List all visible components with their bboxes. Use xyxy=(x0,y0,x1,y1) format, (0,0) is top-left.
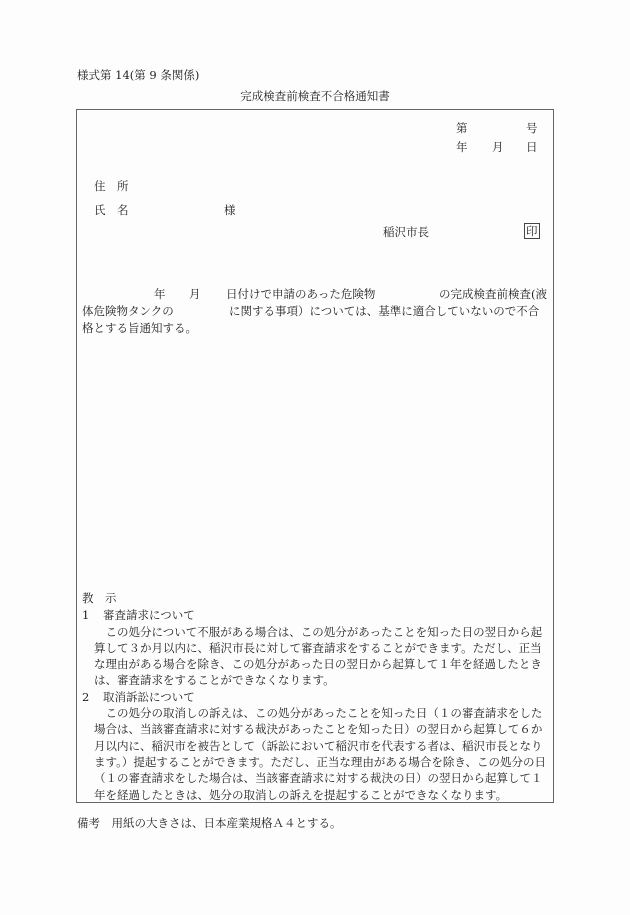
section-1-number: 1 xyxy=(82,608,89,622)
date-day: 日 xyxy=(526,139,538,155)
section-2-text: この処分の取消しの訴えは、この処分があったことを知った日（１の審査請求をした場合… xyxy=(82,705,552,803)
number-suffix: 号 xyxy=(526,120,538,136)
date-month: 月 xyxy=(492,139,504,155)
date-year: 年 xyxy=(456,139,468,155)
body-text-2-head: 体危険物タンクの xyxy=(82,303,174,319)
form-number-label: 様式第 14(第 9 条関係) xyxy=(77,67,199,83)
section-2-number: 2 xyxy=(82,690,89,704)
body-text-3: 格とする旨通知する。 xyxy=(82,320,197,336)
body-text-1-tail: の完成検査前検査(液 xyxy=(439,286,547,302)
number-prefix: 第 xyxy=(456,120,468,136)
name-label: 氏 名 xyxy=(94,202,129,218)
body-month: 月 xyxy=(189,286,201,302)
instructions-section: 教 示 1 審査請求について この処分について不服がある場合は、この処分があった… xyxy=(82,590,552,803)
body-text-1: 日付けで申請のあった危険物 xyxy=(226,286,375,302)
address-label: 住 所 xyxy=(94,178,129,194)
body-year: 年 xyxy=(154,286,166,302)
section-2-title: 取消訴訟について xyxy=(93,690,195,704)
issuer-title: 稲沢市長 xyxy=(383,224,429,240)
honorific: 様 xyxy=(224,202,236,218)
section-1-title: 審査請求について xyxy=(93,608,195,622)
instructions-heading: 教 示 xyxy=(82,590,552,606)
footer-note: 備考 用紙の大きさは、日本産業規格Ａ４とする。 xyxy=(77,815,342,831)
section-1-text: この処分について不服がある場合は、この処分があったことを知った日の翌日から起算し… xyxy=(82,624,552,689)
document-title: 完成検査前検査不合格通知書 xyxy=(0,88,630,104)
seal-mark: 印 xyxy=(524,223,540,239)
body-text-2-tail: に関する事項）については、基準に適合していないので不合 xyxy=(229,303,539,319)
section-1-heading: 1 審査請求について xyxy=(82,607,552,623)
section-2-heading: 2 取消訴訟について xyxy=(82,689,552,705)
